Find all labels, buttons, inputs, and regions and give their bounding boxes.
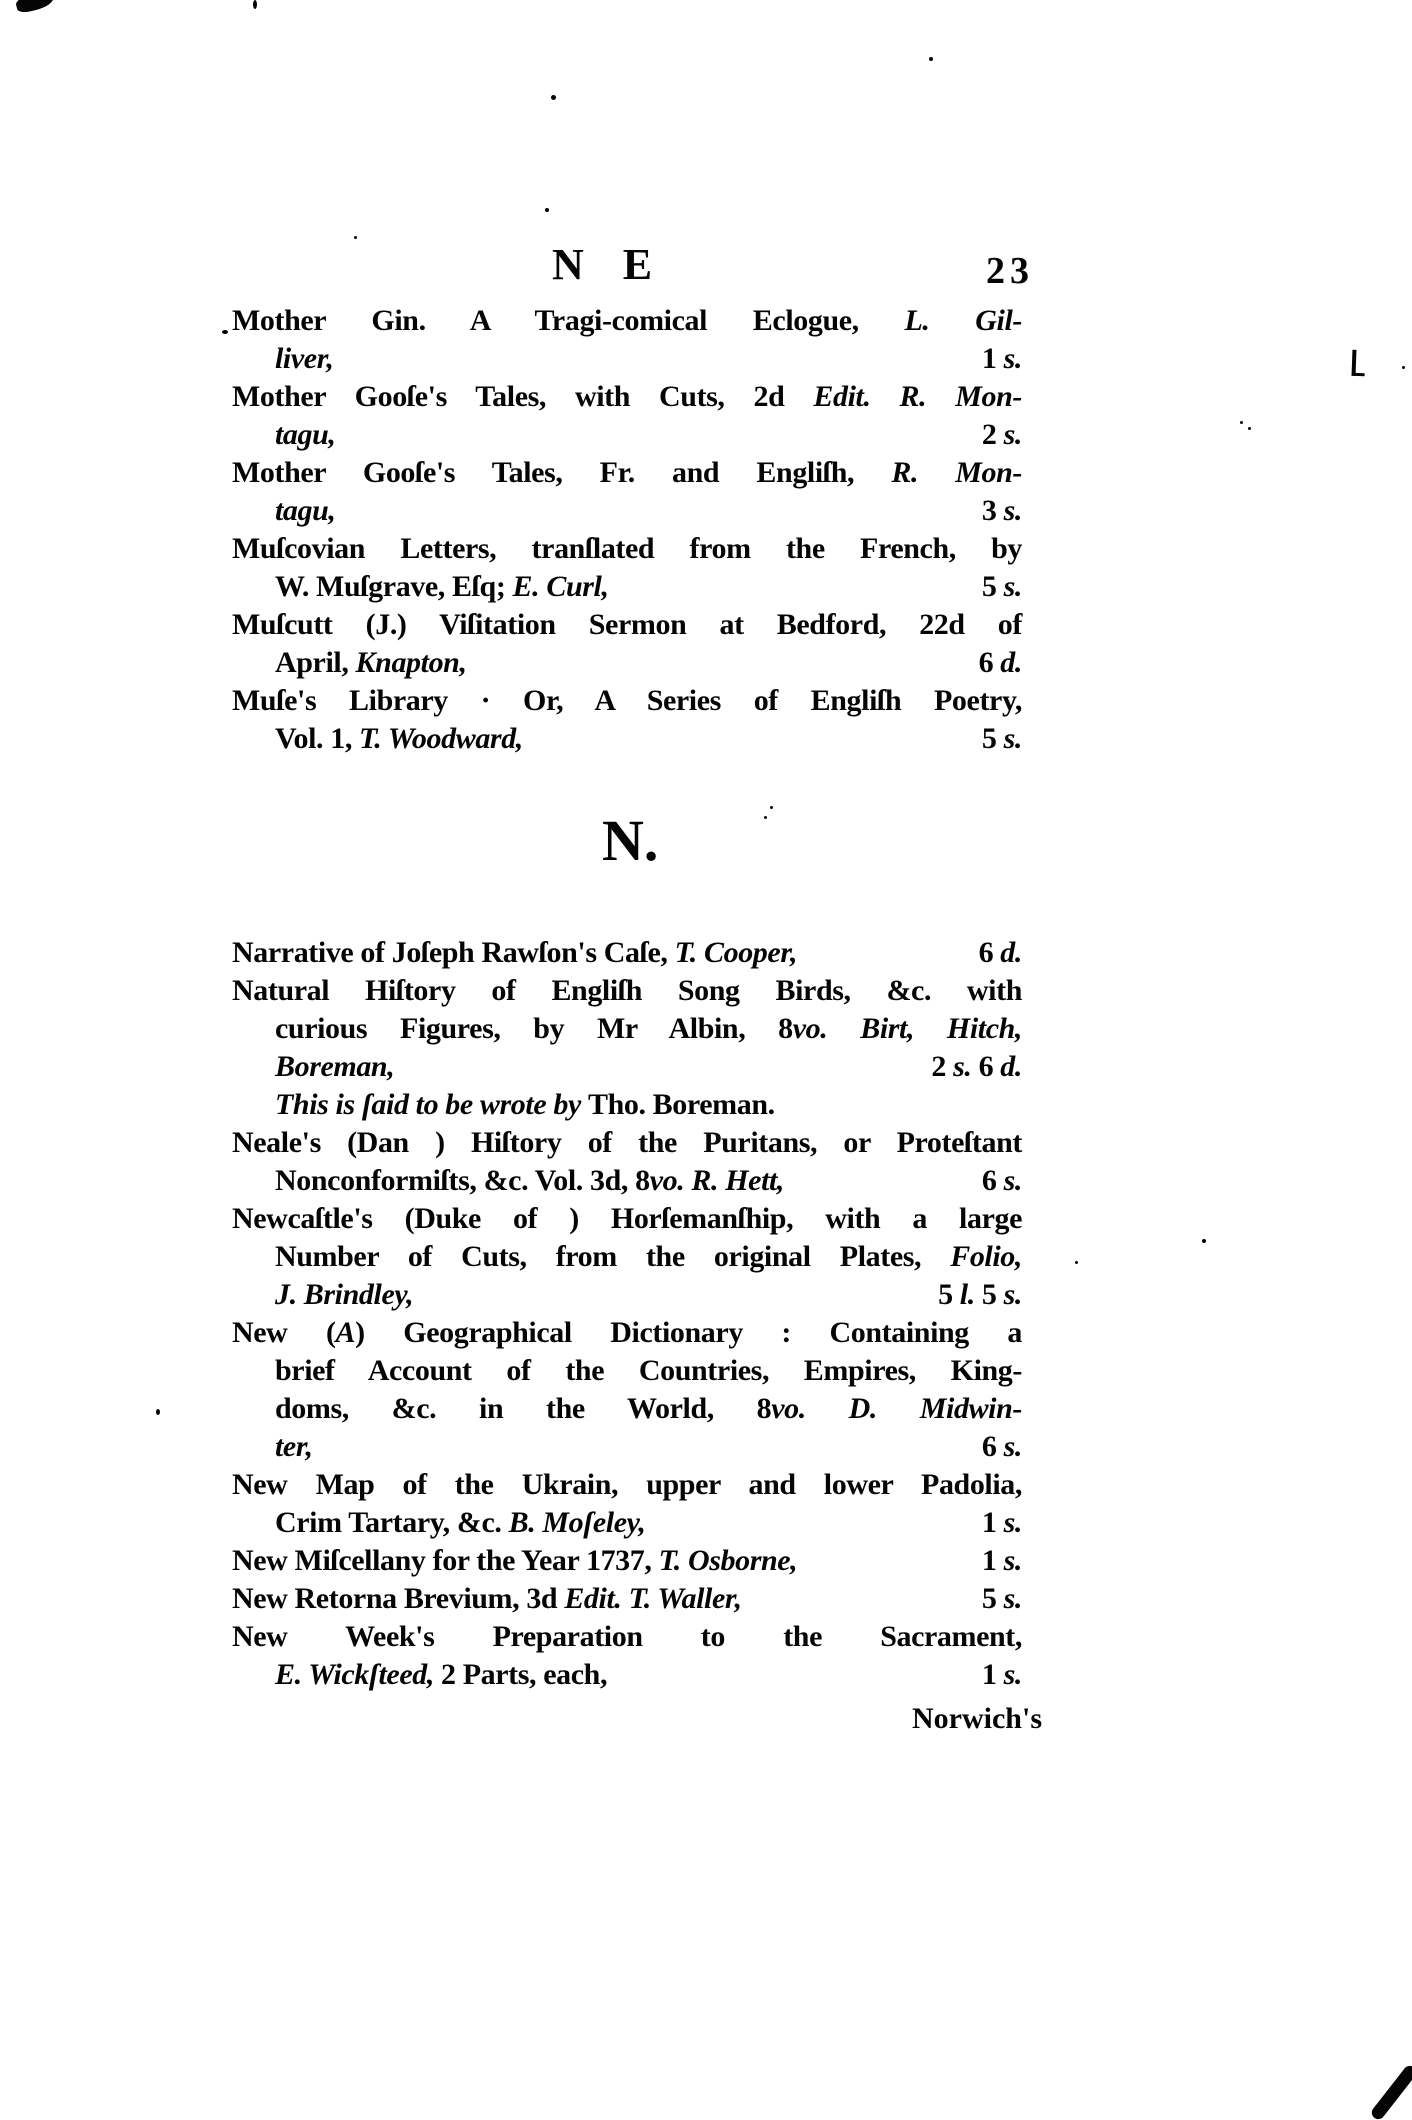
entry-line: New Miſcellany for the Year 1737, T. Osb…: [232, 1542, 1022, 1580]
entry-line: Crim Tartary, &c. B. Moſeley,1 s.: [232, 1504, 1022, 1542]
italic-text: tagu,: [275, 494, 336, 527]
roman-text: New Retorna Brevium, 3d: [232, 1582, 564, 1615]
roman-text: Nonconformiſts, &c. Vol. 3d, 8: [275, 1164, 650, 1197]
italic-text: Boreman,: [275, 1050, 394, 1083]
italic-text: s.: [1004, 1506, 1022, 1539]
roman-text: doms, &c. in the World, 8: [275, 1392, 771, 1425]
price-value: 6 s.: [970, 1162, 1022, 1200]
entry-text: New Miſcellany for the Year 1737, T. Osb…: [232, 1542, 797, 1580]
italic-text: R. Mon-: [891, 456, 1022, 489]
italic-text: Knapton,: [356, 646, 467, 679]
entry-text: Vol. 1, T. Woodward,: [275, 720, 523, 758]
price-value: 3 s.: [970, 492, 1022, 530]
entry-text: Muſcovian Letters, tranſlated from the F…: [232, 532, 1022, 565]
roman-text: 1: [982, 1658, 1004, 1691]
price-value: 6 d.: [967, 644, 1022, 682]
entry-text: Mother Gooſe's Tales, Fr. and Engliſh, R…: [232, 456, 1022, 489]
roman-text: April,: [275, 646, 356, 679]
italic-text: s.: [1004, 1430, 1022, 1463]
roman-text: 2: [982, 418, 1004, 451]
roman-text: ) Geographical Dictionary : Containing a: [355, 1316, 1022, 1349]
entry-text: New Map of the Ukrain, upper and lower P…: [232, 1468, 1022, 1501]
roman-text: Natural Hiſtory of Engliſh Song Birds, &…: [232, 974, 1022, 1007]
italic-text: ter,: [275, 1430, 313, 1463]
roman-text: 5: [982, 570, 1004, 603]
roman-text: 6: [982, 1164, 1004, 1197]
roman-text: 1: [982, 1544, 1004, 1577]
entry-line: Mother Gooſe's Tales, Fr. and Engliſh, R…: [232, 454, 1022, 492]
roman-text: Neale's (Dan ) Hiſtory of the Puritans, …: [232, 1126, 1022, 1159]
italic-text: d.: [1000, 646, 1022, 679]
roman-text: 5: [975, 1278, 1004, 1311]
entry-line: W. Muſgrave, Eſq; E. Curl,5 s.: [232, 568, 1022, 606]
ink-speck: [929, 57, 933, 61]
ink-speck: [1378, 2111, 1383, 2116]
ink-speck: [764, 816, 767, 819]
roman-text: Muſcovian Letters, tranſlated from the F…: [232, 532, 1022, 565]
price-value: 5 s.: [970, 1580, 1022, 1618]
entry-text: liver,: [275, 340, 333, 378]
italic-text: Edit. R. Mon-: [813, 380, 1022, 413]
price-value: 2 s. 6 d.: [919, 1048, 1022, 1086]
italic-text: s.: [1004, 1658, 1022, 1691]
entry-line: J. Brindley,5 l. 5 s.: [232, 1276, 1022, 1314]
section-heading: N.: [602, 812, 658, 870]
italic-text: L. Gil-: [905, 304, 1023, 337]
price-value: 5 s.: [970, 568, 1022, 606]
entries-section-m: Mother Gin. A Tragi-comical Eclogue, L. …: [232, 302, 1022, 758]
italic-text: d.: [1000, 1050, 1022, 1083]
entry-line: New Retorna Brevium, 3d Edit. T. Waller,…: [232, 1580, 1022, 1618]
margin-stray-mark: [1352, 350, 1366, 376]
entry-line: Muſcovian Letters, tranſlated from the F…: [232, 530, 1022, 568]
italic-text: Folio,: [950, 1240, 1022, 1273]
catchword: Norwich's: [232, 1700, 1042, 1738]
entry-line: Newcaſtle's (Duke of ) Horſemanſhip, wit…: [232, 1200, 1022, 1238]
entry-text: April, Knapton,: [275, 644, 467, 682]
entry-line: Neale's (Dan ) Hiſtory of the Puritans, …: [232, 1124, 1022, 1162]
ink-speck: [1402, 366, 1405, 369]
italic-text: s.: [1004, 722, 1022, 755]
italic-text: s.: [1004, 418, 1022, 451]
entry-text: Number of Cuts, from the original Plates…: [275, 1240, 1022, 1273]
price-value: 1 s.: [970, 340, 1022, 378]
ink-speck: [1202, 1239, 1206, 1243]
ink-speck: [222, 330, 228, 334]
ink-speck: [354, 236, 357, 239]
roman-text: New (: [232, 1316, 336, 1349]
entry-line: Number of Cuts, from the original Plates…: [232, 1238, 1022, 1276]
entry-line: Vol. 1, T. Woodward,5 s.: [232, 720, 1022, 758]
entry-text: Mother Gin. A Tragi-comical Eclogue, L. …: [232, 304, 1022, 337]
italic-text: s.: [1004, 1164, 1022, 1197]
entry-line: E. Wickſteed, 2 Parts, each,1 s.: [232, 1656, 1022, 1694]
roman-text: Newcaſtle's (Duke of ) Horſemanſhip, wit…: [232, 1202, 1022, 1235]
roman-text: Mother Gooſe's Tales, Fr. and Engliſh,: [232, 456, 891, 489]
italic-text: T. Osborne,: [659, 1544, 798, 1577]
italic-text: s.: [953, 1050, 971, 1083]
price-value: 5 s.: [970, 720, 1022, 758]
torn-corner-ink-mark: [15, 0, 56, 14]
entry-line: Muſcutt (J.) Viſitation Sermon at Bedfor…: [232, 606, 1022, 644]
roman-text: Tho. Boreman.: [588, 1088, 775, 1121]
roman-text: Number of Cuts, from the original Plates…: [275, 1240, 950, 1273]
roman-text: 6: [982, 1430, 1004, 1463]
entry-line: Mother Gooſe's Tales, with Cuts, 2d Edit…: [232, 378, 1022, 416]
entry-line: April, Knapton,6 d.: [232, 644, 1022, 682]
ink-speck: [770, 806, 773, 809]
roman-text: Muſe's Library · Or, A Series of Engliſh…: [232, 684, 1022, 717]
roman-text: Mother Gooſe's Tales, with Cuts, 2d: [232, 380, 813, 413]
ink-speck: [1248, 427, 1251, 430]
entry-text: J. Brindley,: [275, 1276, 413, 1314]
scanned-book-page: N E 23 Mother Gin. A Tragi-comical Eclog…: [0, 0, 1412, 2120]
ink-speck: [156, 1409, 160, 1415]
entry-line: tagu,3 s.: [232, 492, 1022, 530]
entry-text: Muſcutt (J.) Viſitation Sermon at Bedfor…: [232, 608, 1022, 641]
italic-text: tagu,: [275, 418, 336, 451]
entry-line: Nonconformiſts, &c. Vol. 3d, 8vo. R. Het…: [232, 1162, 1022, 1200]
entry-line: curious Figures, by Mr Albin, 8vo. Birt,…: [232, 1010, 1022, 1048]
roman-text: New Map of the Ukrain, upper and lower P…: [232, 1468, 1022, 1501]
italic-text: s.: [1004, 1278, 1022, 1311]
ink-speck: [1075, 1261, 1078, 1264]
roman-text: New Week's Preparation to the Sacrament,: [232, 1620, 1022, 1653]
roman-text: Vol. 1,: [275, 722, 359, 755]
roman-text: Muſcutt (J.) Viſitation Sermon at Bedfor…: [232, 608, 1022, 641]
entry-text: curious Figures, by Mr Albin, 8vo. Birt,…: [275, 1012, 1022, 1045]
roman-text: 6: [971, 1050, 1000, 1083]
entry-line: brief Account of the Countries, Empires,…: [232, 1352, 1022, 1390]
roman-text: 3: [982, 494, 1004, 527]
roman-text: 1: [982, 1506, 1004, 1539]
roman-text: brief Account of the Countries, Empires,…: [275, 1354, 1022, 1387]
italic-text: Edit. T. Waller,: [564, 1582, 741, 1615]
entry-line: liver,1 s.: [232, 340, 1022, 378]
italic-text: J. Brindley,: [275, 1278, 413, 1311]
italic-text: vo. R. Hett,: [650, 1164, 784, 1197]
entry-text: Nonconformiſts, &c. Vol. 3d, 8vo. R. Het…: [275, 1162, 784, 1200]
entry-line: Narrative of Joſeph Rawſon's Caſe, T. Co…: [232, 934, 1022, 972]
roman-text: Narrative of Joſeph Rawſon's Caſe,: [232, 936, 675, 969]
price-value: 5 l. 5 s.: [926, 1276, 1022, 1314]
entry-line: Boreman,2 s. 6 d.: [232, 1048, 1022, 1086]
entries-section-n: Narrative of Joſeph Rawſon's Caſe, T. Co…: [232, 934, 1022, 1694]
ink-speck: [545, 208, 549, 212]
price-value: 2 s.: [970, 416, 1022, 454]
page-header-title: N E: [552, 243, 666, 287]
entry-line: doms, &c. in the World, 8vo. D. Midwin-: [232, 1390, 1022, 1428]
entry-text: Muſe's Library · Or, A Series of Engliſh…: [232, 684, 1022, 717]
italic-text: B. Moſeley,: [509, 1506, 646, 1539]
entry-line: New (A) Geographical Dictionary : Contai…: [232, 1314, 1022, 1352]
italic-text: s.: [1004, 494, 1022, 527]
italic-text: E. Curl,: [513, 570, 609, 603]
ink-speck: [1240, 421, 1243, 424]
entry-line: Natural Hiſtory of Engliſh Song Birds, &…: [232, 972, 1022, 1010]
roman-text: 6: [979, 936, 1001, 969]
roman-text: 5: [982, 722, 1004, 755]
italic-text: s.: [1004, 570, 1022, 603]
entry-text: New Week's Preparation to the Sacrament,: [232, 1620, 1022, 1653]
roman-text: 6: [979, 646, 1001, 679]
roman-text: 2 Parts, each,: [434, 1658, 607, 1691]
price-value: 1 s.: [970, 1504, 1022, 1542]
italic-text: vo. Birt, Hitch,: [793, 1012, 1022, 1045]
entry-text: doms, &c. in the World, 8vo. D. Midwin-: [275, 1392, 1022, 1425]
roman-text: 1: [982, 342, 1004, 375]
entry-text: Mother Gooſe's Tales, with Cuts, 2d Edit…: [232, 380, 1022, 413]
italic-text: s.: [1004, 1544, 1022, 1577]
entry-text: tagu,: [275, 416, 336, 454]
entry-text: New Retorna Brevium, 3d Edit. T. Waller,: [232, 1580, 742, 1618]
entry-line: Muſe's Library · Or, A Series of Engliſh…: [232, 682, 1022, 720]
price-value: 6 s.: [970, 1428, 1022, 1466]
italic-text: l.: [960, 1278, 975, 1311]
roman-text: W. Muſgrave, Eſq;: [275, 570, 513, 603]
ink-speck: [551, 95, 556, 100]
roman-text: New Miſcellany for the Year 1737,: [232, 1544, 659, 1577]
price-value: 1 s.: [970, 1656, 1022, 1694]
entry-line: ter,6 s.: [232, 1428, 1022, 1466]
italic-text: s.: [1004, 1582, 1022, 1615]
roman-text: 5: [982, 1582, 1004, 1615]
entry-text: W. Muſgrave, Eſq; E. Curl,: [275, 568, 609, 606]
entry-line: New Map of the Ukrain, upper and lower P…: [232, 1466, 1022, 1504]
entry-text: Natural Hiſtory of Engliſh Song Birds, &…: [232, 974, 1022, 1007]
entry-text: E. Wickſteed, 2 Parts, each,: [275, 1656, 607, 1694]
entry-text: Crim Tartary, &c. B. Moſeley,: [275, 1504, 646, 1542]
roman-text: curious Figures, by Mr Albin, 8: [275, 1012, 793, 1045]
entry-text: Neale's (Dan ) Hiſtory of the Puritans, …: [232, 1126, 1022, 1159]
bottom-corner-ink-stroke: [1369, 2063, 1412, 2120]
entry-line: tagu,2 s.: [232, 416, 1022, 454]
entry-text: Boreman,: [275, 1048, 394, 1086]
roman-text: Mother Gin. A Tragi-comical Eclogue,: [232, 304, 905, 337]
entry-text: Narrative of Joſeph Rawſon's Caſe, T. Co…: [232, 934, 797, 972]
italic-text: liver,: [275, 342, 333, 375]
italic-text: T. Cooper,: [675, 936, 797, 969]
italic-text: vo. D. Midwin-: [771, 1392, 1022, 1425]
entry-text: This is ſaid to be wrote by Tho. Boreman…: [275, 1088, 775, 1121]
roman-text: 2: [931, 1050, 953, 1083]
italic-text: E. Wickſteed,: [275, 1658, 434, 1691]
entry-text: brief Account of the Countries, Empires,…: [275, 1354, 1022, 1387]
entry-text: tagu,: [275, 492, 336, 530]
entry-text: ter,: [275, 1428, 313, 1466]
ink-speck: [253, 0, 257, 9]
entry-text: Newcaſtle's (Duke of ) Horſemanſhip, wit…: [232, 1202, 1022, 1235]
roman-text: Crim Tartary, &c.: [275, 1506, 509, 1539]
roman-text: 5: [938, 1278, 960, 1311]
page-number: 23: [986, 252, 1034, 290]
price-value: 1 s.: [970, 1542, 1022, 1580]
price-value: 6 d.: [967, 934, 1022, 972]
entry-line: Mother Gin. A Tragi-comical Eclogue, L. …: [232, 302, 1022, 340]
entry-line: This is ſaid to be wrote by Tho. Boreman…: [232, 1086, 1022, 1124]
italic-text: This is ſaid to be wrote by: [275, 1088, 588, 1121]
entry-text: New (A) Geographical Dictionary : Contai…: [232, 1316, 1022, 1349]
italic-text: s.: [1004, 342, 1022, 375]
entry-line: New Week's Preparation to the Sacrament,: [232, 1618, 1022, 1656]
italic-text: T. Woodward,: [359, 722, 523, 755]
italic-text: A: [336, 1316, 356, 1349]
italic-text: d.: [1000, 936, 1022, 969]
